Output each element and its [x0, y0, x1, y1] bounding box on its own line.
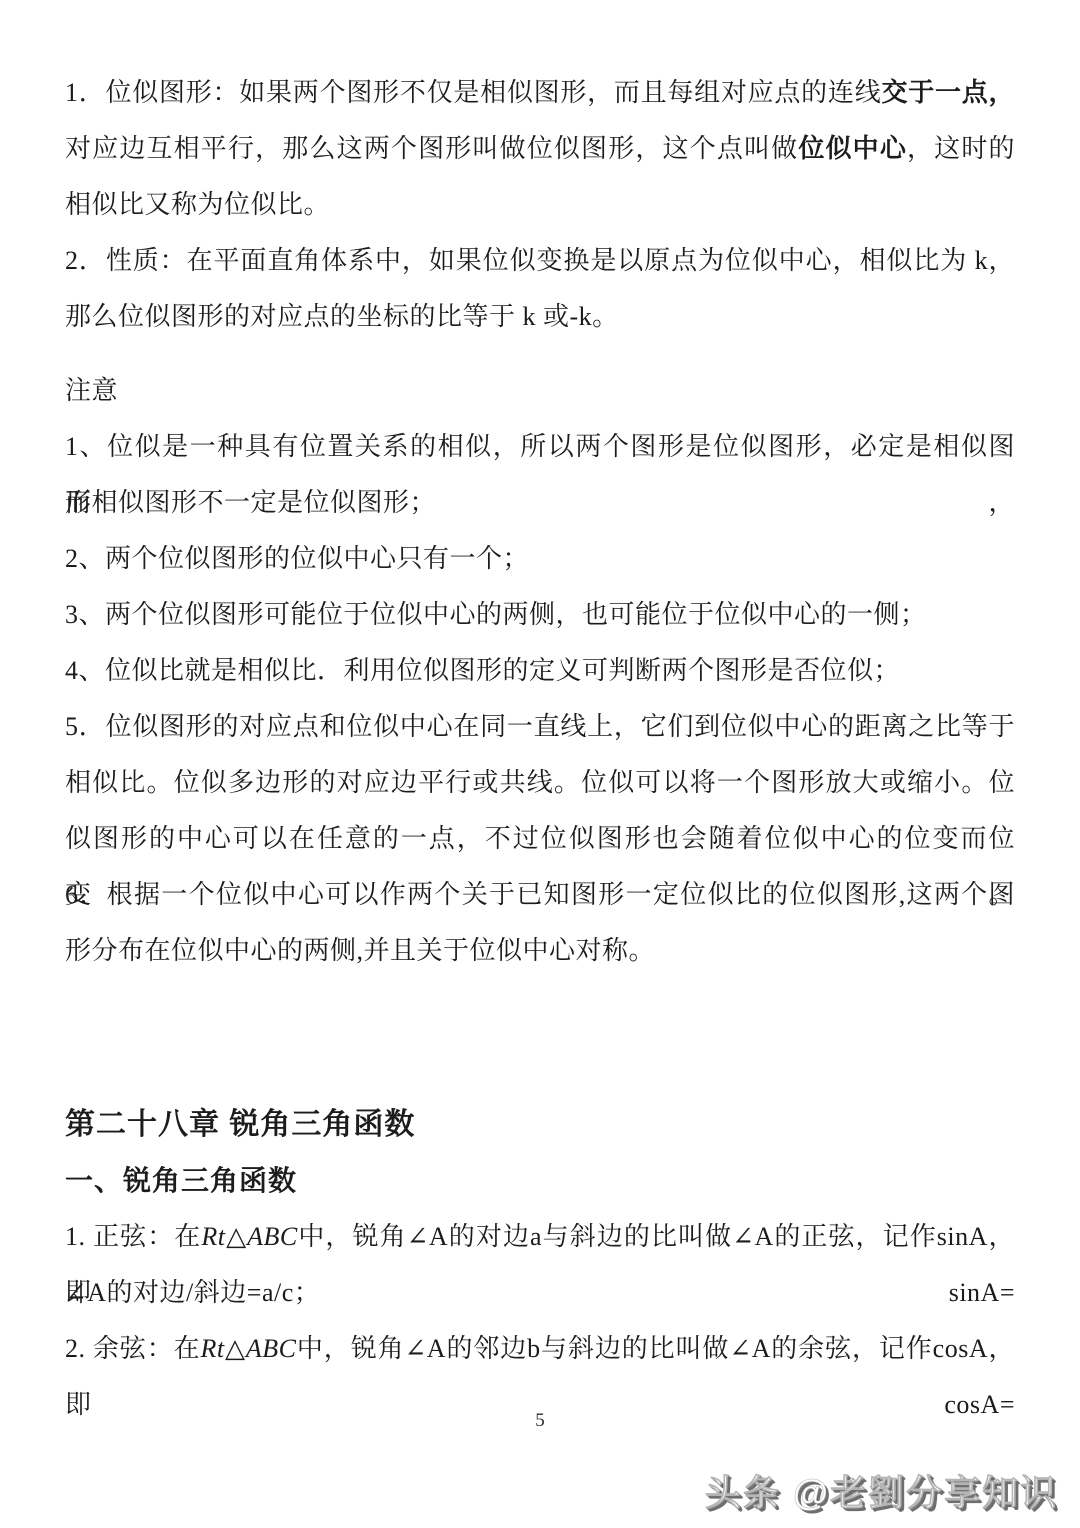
- text-segment: Rt: [201, 1334, 225, 1363]
- text-line: 1. 正弦：在Rt△ABC中，锐角∠A的对边a与斜边的比叫做∠A的正弦，记作si…: [65, 1209, 1015, 1265]
- text-segment: 对应边互相平行，那么这两个图形叫做位似图形，这个点叫做: [65, 134, 798, 163]
- text-line: 4、位似比就是相似比．利用位似图形的定义可判断两个图形是否位似；: [65, 643, 1015, 699]
- text-segment: 2、两个位似图形的位似中心只有一个；: [65, 544, 529, 573]
- text-line: 2. 余弦：在Rt△ABC中，锐角∠A的邻边b与斜边的比叫做∠A的余弦，记作co…: [65, 1321, 1015, 1377]
- text-segment: 一、锐角三角函数: [65, 1165, 297, 1196]
- text-segment: 形分布在位似中心的两侧,并且关于位似中心对称。: [65, 936, 655, 965]
- vertical-spacer: [65, 345, 1015, 363]
- watermark-toutiao: 头条 @老劉分享知识: [705, 1465, 1058, 1516]
- text-segment: 3、两个位似图形可能位于位似中心的两侧，也可能位于位似中心的一侧；: [65, 600, 927, 629]
- text-segment: △: [226, 1222, 248, 1251]
- text-line: 6．根据一个位似中心可以作两个关于已知图形一定位似比的位似图形,这两个图: [65, 867, 1015, 923]
- text-segment: 交于一点，: [881, 78, 1015, 107]
- vertical-spacer: [65, 979, 1015, 1097]
- chapter-heading: 第二十八章 锐角三角函数: [65, 1097, 1015, 1153]
- document-body: 1．位似图形：如果两个图形不仅是相似图形，而且每组对应点的连线交于一点，对应边互…: [0, 0, 1080, 1377]
- text-segment: ∠A的对边/斜边=a/c；: [65, 1278, 320, 1307]
- text-line: 似图形的中心可以在任意的一点，不过位似图形也会随着位似中心的位变而位变。: [65, 811, 1015, 867]
- text-line: 2、两个位似图形的位似中心只有一个；: [65, 531, 1015, 587]
- text-line: 3、两个位似图形可能位于位似中心的两侧，也可能位于位似中心的一侧；: [65, 587, 1015, 643]
- text-segment: 4、位似比就是相似比．利用位似图形的定义可判断两个图形是否位似；: [65, 656, 900, 685]
- text-segment: 相似比又称为位似比。: [65, 190, 330, 219]
- text-segment: 5．位似图形的对应点和位似中心在同一直线上，它们到位似中心的距离之比等于: [65, 712, 1015, 741]
- text-line: 相似比。位似多边形的对应边平行或共线。位似可以将一个图形放大或缩小。位: [65, 755, 1015, 811]
- text-segment: 2．性质：在平面直角体系中，如果位似变换是以原点为位似中心，相似比为 k，: [65, 246, 1015, 275]
- text-segment: ，这时的: [907, 134, 1015, 163]
- text-segment: Rt: [201, 1222, 225, 1251]
- text-segment: 6．根据一个位似中心可以作两个关于已知图形一定位似比的位似图形,这两个图: [65, 880, 1015, 909]
- document-page: 1．位似图形：如果两个图形不仅是相似图形，而且每组对应点的连线交于一点，对应边互…: [0, 0, 1080, 1528]
- text-line: 形分布在位似中心的两侧,并且关于位似中心对称。: [65, 923, 1015, 979]
- text-segment: ABC: [247, 1222, 298, 1251]
- text-line: 对应边互相平行，那么这两个图形叫做位似图形，这个点叫做位似中心，这时的: [65, 121, 1015, 177]
- text-segment: 而相似图形不一定是位似图形；: [65, 488, 436, 517]
- text-line: 相似比又称为位似比。: [65, 177, 1015, 233]
- text-segment: 1．位似图形：如果两个图形不仅是相似图形，而且每组对应点的连线: [65, 78, 881, 107]
- text-line: 注意: [65, 363, 1015, 419]
- text-line: 2．性质：在平面直角体系中，如果位似变换是以原点为位似中心，相似比为 k，: [65, 233, 1015, 289]
- page-number: 5: [0, 1410, 1080, 1432]
- text-segment: 相似比。位似多边形的对应边平行或共线。位似可以将一个图形放大或缩小。位: [65, 768, 1015, 797]
- text-segment: 位似中心: [798, 134, 907, 163]
- text-line: 1、位似是一种具有位置关系的相似，所以两个图形是位似图形，必定是相似图形，: [65, 419, 1015, 475]
- text-line: 1．位似图形：如果两个图形不仅是相似图形，而且每组对应点的连线交于一点，: [65, 65, 1015, 121]
- text-segment: 2. 余弦：在: [65, 1334, 201, 1363]
- text-segment: 1. 正弦：在: [65, 1222, 201, 1251]
- text-segment: 那么位似图形的对应点的坐标的比等于 k 或-k。: [65, 302, 619, 331]
- text-segment: △: [225, 1334, 246, 1363]
- text-segment: ABC: [246, 1334, 297, 1363]
- text-line: 5．位似图形的对应点和位似中心在同一直线上，它们到位似中心的距离之比等于: [65, 699, 1015, 755]
- text-segment: 注意: [65, 376, 118, 405]
- text-segment: 第二十八章 锐角三角函数: [65, 1108, 415, 1141]
- section-heading: 一、锐角三角函数: [65, 1153, 1015, 1209]
- text-line: 那么位似图形的对应点的坐标的比等于 k 或-k。: [65, 289, 1015, 345]
